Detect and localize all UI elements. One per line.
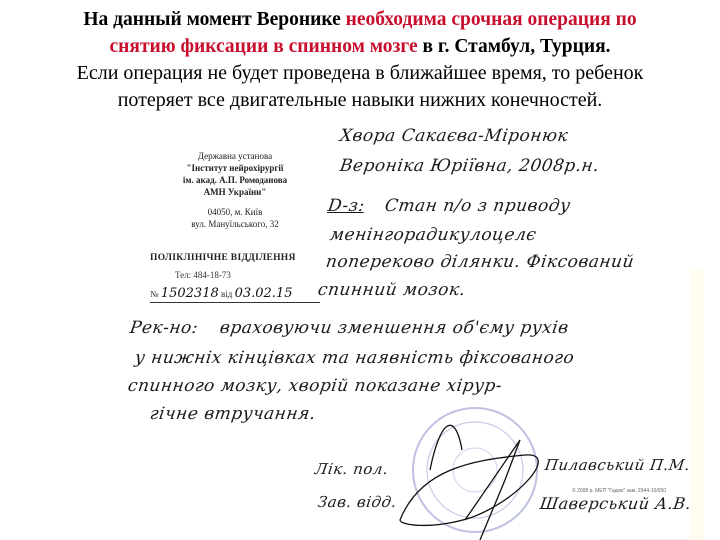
print-footnote: © 2008 р. МЕП "Гадюк" зам. 2944-10/050 xyxy=(572,488,666,494)
signature-1-label: Лік. пол. xyxy=(314,460,390,478)
signature-2-label: Зав. відд. xyxy=(317,493,398,511)
signature-1-name: Пилавський П.М. xyxy=(544,456,692,474)
signature-scribble-icon xyxy=(400,425,538,540)
scan-edge xyxy=(690,270,704,540)
round-stamp-icon xyxy=(413,408,537,532)
signature-2-name: Шаверський А.В. xyxy=(539,494,693,513)
